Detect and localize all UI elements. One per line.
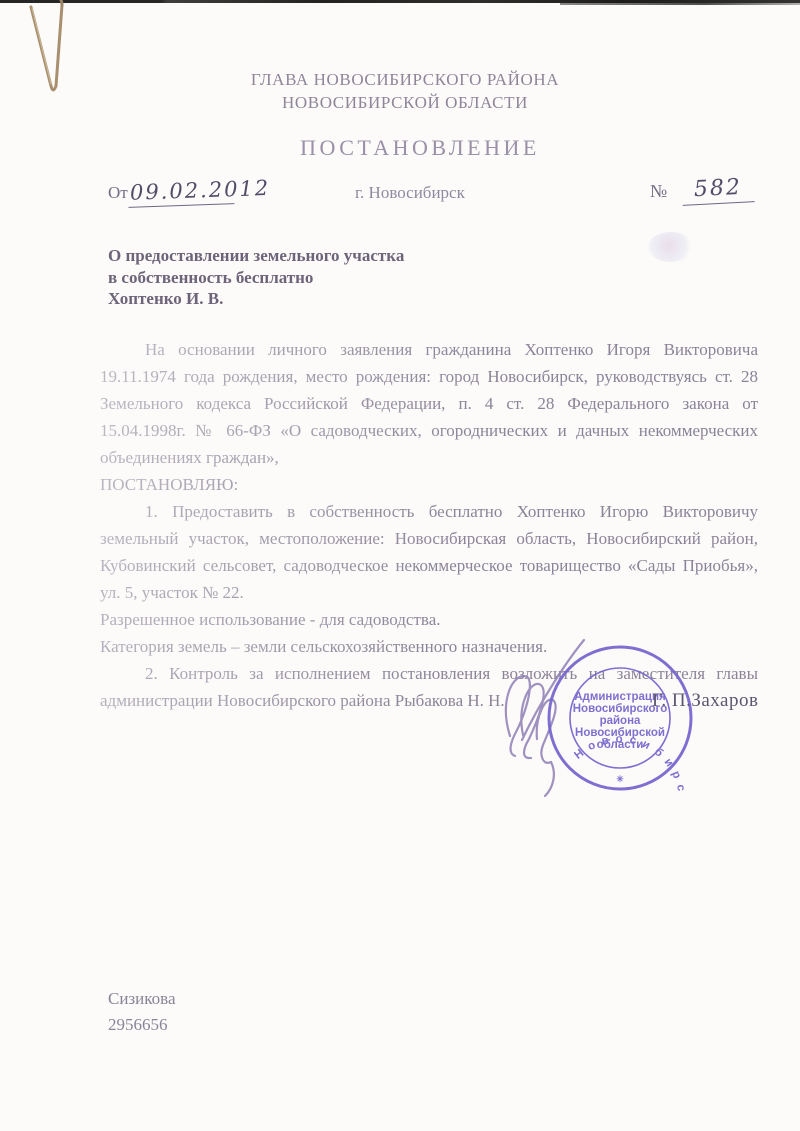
stamp-bottom-star: ✳ (616, 774, 624, 784)
executor-phone: 2956656 (108, 1012, 176, 1038)
authority-line-2: НОВОСИБИРСКОЙ ОБЛАСТИ (0, 91, 800, 114)
date-handwritten-value: 09.02.2012 (128, 177, 235, 208)
round-official-stamp: Новосибирская область Администрация Ново… (544, 642, 696, 794)
scan-top-edge-artifact-2 (560, 3, 800, 5)
subject-line-2: в собственность бесплатно (108, 267, 404, 289)
scanned-document-page: ГЛАВА НОВОСИБИРСКОГО РАЙОНА НОВОСИБИРСКО… (0, 0, 800, 1131)
signatory-name: Г. П.Захаров (652, 690, 792, 712)
date-label: От (108, 183, 128, 203)
executor-footer: Сизикова 2956656 (108, 986, 176, 1038)
stamp-center-line-3: района (600, 715, 641, 727)
subject-line-3: Хоптенко И. В. (108, 288, 404, 310)
number-handwritten-value: 582 (681, 174, 754, 206)
issuing-authority-header: ГЛАВА НОВОСИБИРСКОГО РАЙОНА НОВОСИБИРСКО… (0, 68, 800, 114)
stamp-center-line-4: Новосибирской (575, 727, 665, 739)
preamble-paragraph: На основании личного заявления гражданин… (100, 336, 758, 471)
stamp-center-line-5: области (597, 739, 644, 751)
document-type-title: ПОСТАНОВЛЕНИЕ (20, 135, 800, 161)
ink-smudge-artifact (648, 232, 694, 262)
number-label: № (650, 181, 667, 202)
executor-name: Сизикова (108, 986, 176, 1012)
item-1-paragraph: 1. Предоставить в собственность бесплатн… (100, 498, 758, 606)
city-label: г. Новосибирск (355, 183, 465, 203)
authority-line-1: ГЛАВА НОВОСИБИРСКОГО РАЙОНА (0, 68, 800, 91)
resolve-word: ПОСТАНОВЛЯЮ: (100, 471, 758, 498)
subject-line-1: О предоставлении земельного участка (108, 245, 404, 267)
signature-and-stamp-block: Новосибирская область Администрация Ново… (492, 626, 792, 806)
document-subject: О предоставлении земельного участка в со… (108, 245, 404, 310)
